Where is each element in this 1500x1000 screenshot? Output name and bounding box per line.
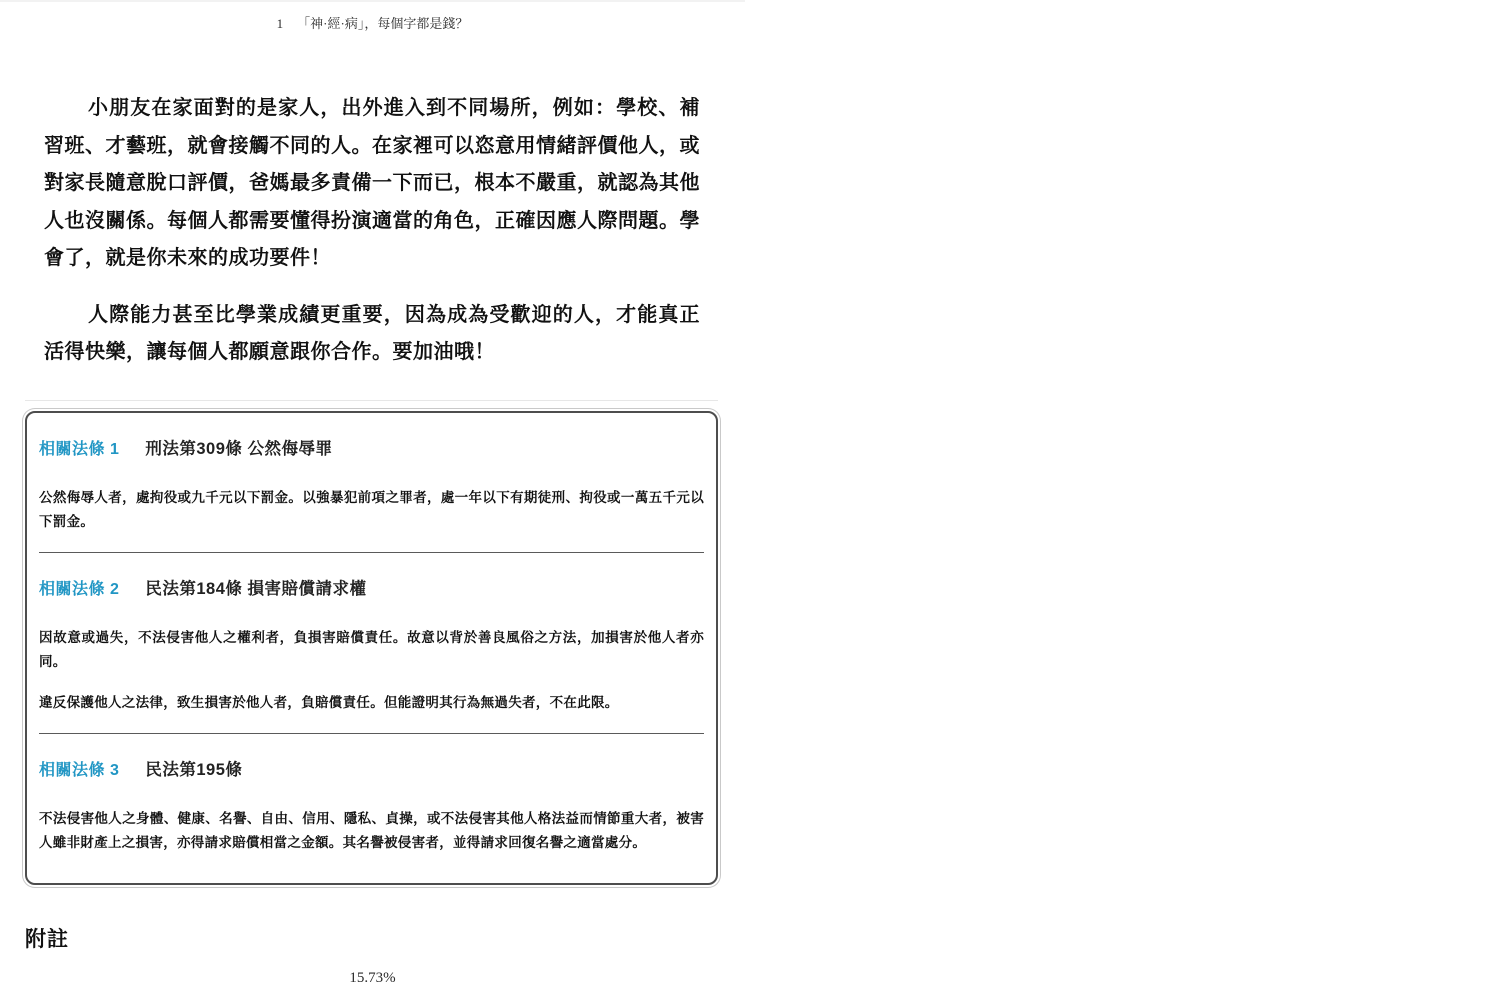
law-item-header: 相關法條 3 民法第195條 (39, 756, 704, 780)
law-item-2: 相關法條 2 民法第184條 損害賠償請求權 因故意或過失，不法侵害他人之權利者… (39, 575, 704, 715)
paragraph-1: 小朋友在家面對的是家人，出外進入到不同場所，例如：學校、補習班、才藝班，就會接觸… (44, 90, 700, 278)
law-title: 民法第184條 損害賠償請求權 (145, 575, 366, 599)
law-box: 相關法條 1 刑法第309條 公然侮辱罪 公然侮辱人者，處拘役或九千元以下罰金。… (25, 411, 718, 885)
ebook-page: 1「神·經·病」，每個字都是錢？ 小朋友在家面對的是家人，出外進入到不同場所，例… (0, 0, 745, 1000)
law-text: 因故意或過失，不法侵害他人之權利者，負損害賠償責任。故意以背於善良風俗之方法，加… (39, 626, 704, 674)
law-divider (39, 552, 704, 553)
law-text: 不法侵害他人之身體、健康、名譽、自由、信用、隱私、貞操，或不法侵害其他人格法益而… (39, 807, 704, 855)
law-label: 相關法條 1 (39, 436, 119, 459)
law-title: 民法第195條 (145, 756, 242, 780)
section-heading: 附註 (25, 923, 745, 953)
law-item-header: 相關法條 2 民法第184條 損害賠償請求權 (39, 575, 704, 599)
law-label: 相關法條 2 (39, 576, 119, 599)
section-divider (25, 400, 718, 401)
page-header: 1「神·經·病」，每個字都是錢？ (0, 13, 745, 32)
body-text: 小朋友在家面對的是家人，出外進入到不同場所，例如：學校、補習班、才藝班，就會接觸… (44, 90, 700, 372)
law-item-1: 相關法條 1 刑法第309條 公然侮辱罪 公然侮辱人者，處拘役或九千元以下罰金。… (39, 435, 704, 534)
chapter-number: 1 (277, 16, 284, 31)
chapter-title: 「神·經·病」，每個字都是錢？ (297, 16, 468, 31)
law-divider (39, 733, 704, 734)
law-item-3: 相關法條 3 民法第195條 不法侵害他人之身體、健康、名譽、自由、信用、隱私、… (39, 756, 704, 855)
law-item-header: 相關法條 1 刑法第309條 公然侮辱罪 (39, 435, 704, 459)
progress-indicator: 15.73% (0, 970, 745, 987)
law-text: 公然侮辱人者，處拘役或九千元以下罰金。以強暴犯前項之罪者，處一年以下有期徒刑、拘… (39, 486, 704, 534)
law-text: 違反保護他人之法律，致生損害於他人者，負賠償責任。但能證明其行為無過失者，不在此… (39, 691, 704, 715)
paragraph-2: 人際能力甚至比學業成績更重要，因為成為受歡迎的人，才能真正活得快樂，讓每個人都願… (44, 297, 700, 372)
law-title: 刑法第309條 公然侮辱罪 (145, 435, 332, 459)
law-label: 相關法條 3 (39, 757, 119, 780)
